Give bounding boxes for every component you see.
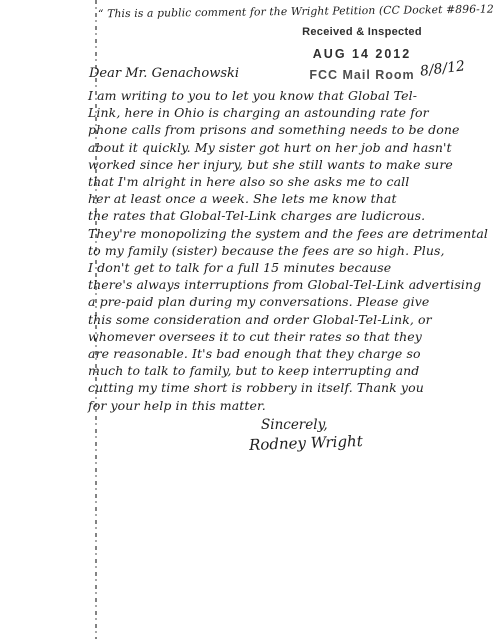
body-line: a pre-paid plan during my conversations.… [88, 293, 480, 310]
salutation: Dear Mr. Genachowski [89, 66, 239, 81]
signature: Rodney Wright [249, 432, 363, 454]
body-line: this some consideration and order Global… [88, 311, 480, 328]
body-line: much to talk to family, but to keep inte… [88, 362, 480, 379]
letter-body: I am writing to you to let you know that… [88, 87, 480, 414]
closing: Sincerely, [261, 417, 328, 433]
body-line: whomever oversees it to cut their rates … [88, 328, 480, 345]
body-line: are reasonable. It's bad enough that the… [88, 345, 480, 362]
body-line: I don't get to talk for a full 15 minute… [88, 259, 480, 276]
body-line: about it quickly. My sister got hurt on … [88, 139, 480, 156]
scanned-letter-page: “ This is a public comment for the Wrigh… [0, 0, 494, 639]
body-line: to my family (sister) because the fees a… [88, 242, 480, 259]
public-comment-annotation: “ This is a public comment for the Wrigh… [98, 3, 478, 21]
body-line: that I'm alright in here also so she ask… [88, 173, 480, 190]
body-line: cutting my time short is robbery in itse… [88, 379, 480, 396]
body-line: for your help in this matter. [88, 397, 480, 414]
body-line: her at least once a week. She lets me kn… [88, 190, 480, 207]
body-line: They're monopolizing the system and the … [88, 225, 480, 242]
body-line: worked since her injury, but she still w… [88, 156, 480, 173]
body-line: I am writing to you to let you know that… [88, 87, 480, 104]
stamp-received-inspected-label: Received & Inspected [276, 26, 448, 38]
body-line: the rates that Global-Tel-Link charges a… [88, 207, 480, 224]
body-line: Link, here in Ohio is charging an astoun… [88, 104, 480, 121]
stamp-date: AUG 14 2012 [276, 47, 448, 61]
body-line: there's always interruptions from Global… [88, 276, 480, 293]
body-line: phone calls from prisons and something n… [88, 121, 480, 138]
